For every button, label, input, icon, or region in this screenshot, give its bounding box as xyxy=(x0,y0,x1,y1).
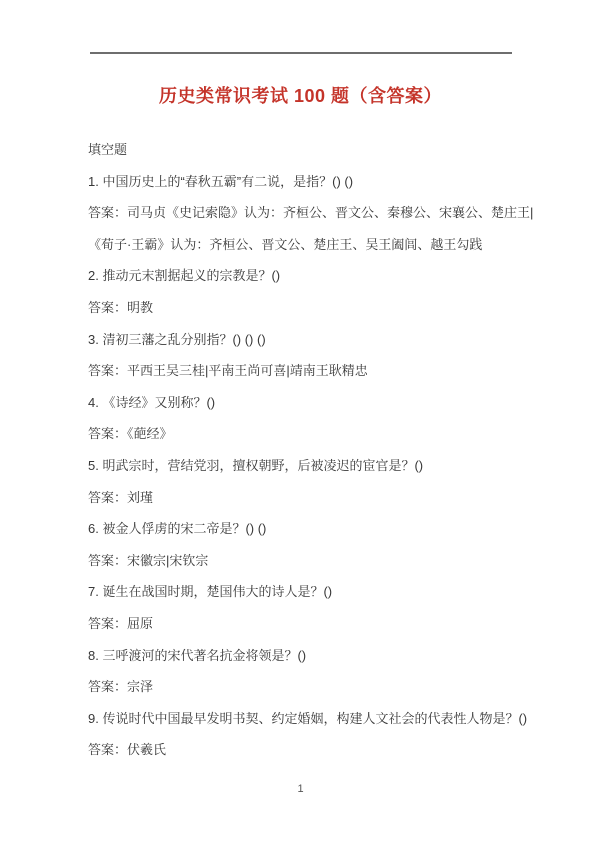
answer-7: 答案：屈原 xyxy=(88,610,558,642)
answer-4: 答案：《葩经》 xyxy=(88,420,558,452)
question-4: 4. 《诗经》又别称？() xyxy=(88,389,558,421)
header-divider-line xyxy=(90,52,512,54)
answer-1: 答案：司马贞《史记索隐》认为：齐桓公、晋文公、秦穆公、宋襄公、楚庄王| xyxy=(88,199,558,231)
section-heading: 填空题 xyxy=(88,136,558,168)
question-6: 6. 被金人俘虏的宋二帝是？() () xyxy=(88,515,558,547)
page-number: 1 xyxy=(0,783,601,795)
answer-5: 答案：刘瑾 xyxy=(88,484,558,516)
question-3: 3. 清初三藩之乱分别指？() () () xyxy=(88,326,558,358)
answer-9: 答案：伏羲氏 xyxy=(88,736,558,768)
answer-3: 答案：平西王吴三桂|平南王尚可喜|靖南王耿精忠 xyxy=(88,357,558,389)
question-9: 9. 传说时代中国最早发明书契、约定婚姻，构建人文社会的代表性人物是？() xyxy=(88,705,558,737)
answer-1-continued: 《荀子·王霸》认为：齐桓公、晋文公、楚庄王、吴王阖闾、越王勾践 xyxy=(88,231,558,263)
document-page: 历史类常识考试 100 题（含答案） 填空题 1. 中国历史上的“春秋五霸”有二… xyxy=(0,0,601,849)
question-7: 7. 诞生在战国时期，楚国伟大的诗人是？() xyxy=(88,578,558,610)
question-2: 2. 推动元末割据起义的宗教是？() xyxy=(88,262,558,294)
answer-6: 答案：宋徽宗|宋钦宗 xyxy=(88,547,558,579)
question-1: 1. 中国历史上的“春秋五霸”有二说，是指？() () xyxy=(88,168,558,200)
question-8: 8. 三呼渡河的宋代著名抗金将领是？() xyxy=(88,642,558,674)
answer-2: 答案：明教 xyxy=(88,294,558,326)
answer-8: 答案：宗泽 xyxy=(88,673,558,705)
question-5: 5. 明武宗时，营结党羽，擅权朝野，后被凌迟的宦官是？() xyxy=(88,452,558,484)
document-title: 历史类常识考试 100 题（含答案） xyxy=(0,82,601,108)
document-body: 填空题 1. 中国历史上的“春秋五霸”有二说，是指？() () 答案：司马贞《史… xyxy=(88,136,558,768)
